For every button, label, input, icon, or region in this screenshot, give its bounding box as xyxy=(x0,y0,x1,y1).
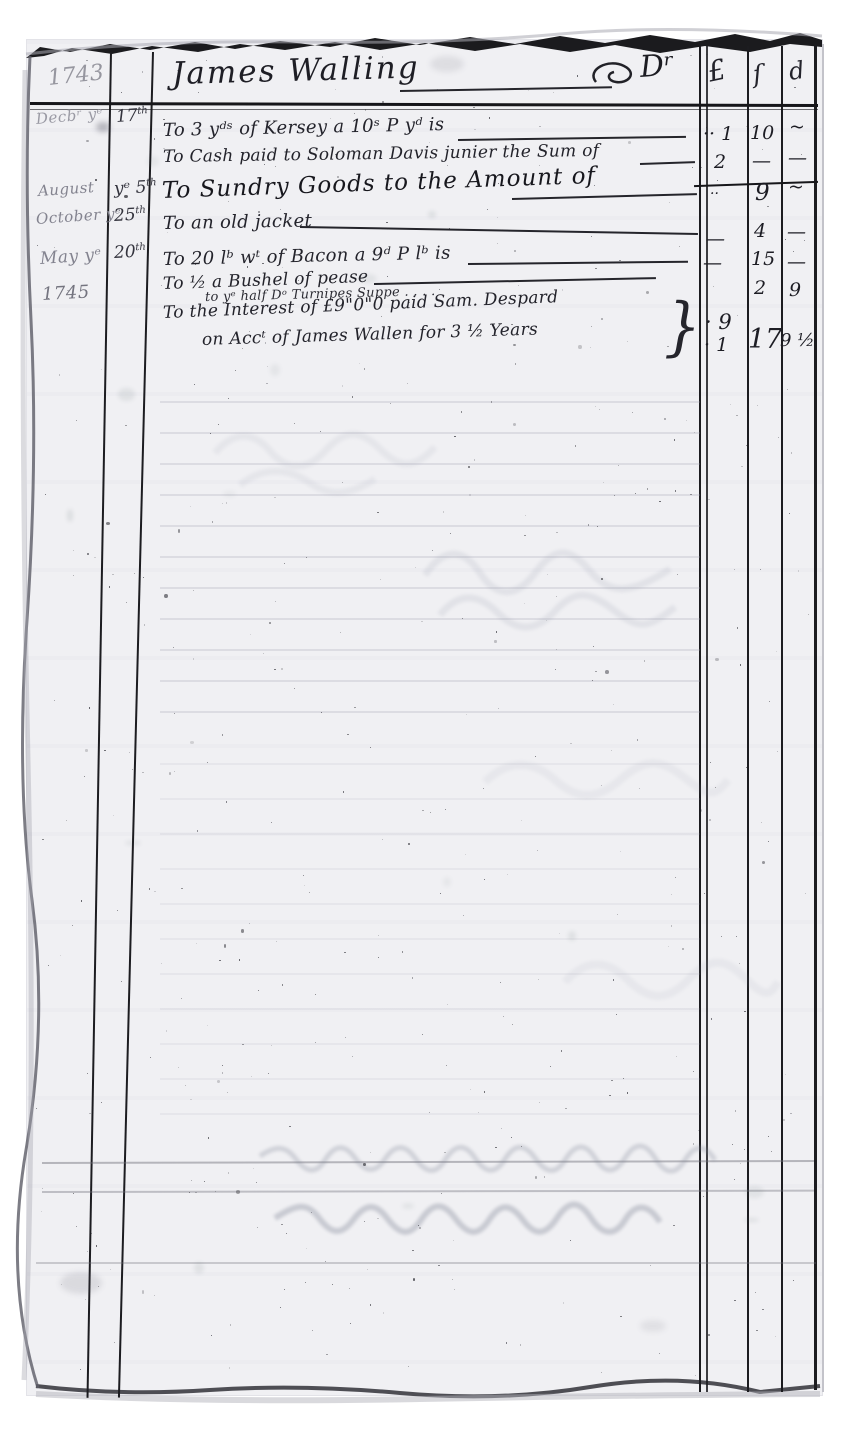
entry-shillings: 17 xyxy=(748,324,782,355)
column-rule-money-outer xyxy=(699,46,701,1392)
debit-label: Dʳ xyxy=(639,48,676,85)
entry-pence: — xyxy=(787,251,806,273)
entries-brace: } xyxy=(664,289,701,364)
entry-pounds: — xyxy=(706,228,725,250)
entry-pence: 9 ½ xyxy=(780,330,815,351)
entry-pounds: · 9 xyxy=(705,310,732,334)
entry-shillings: 2 xyxy=(754,277,766,299)
entry-pounds: · 1 xyxy=(704,334,728,356)
entry-date-day: 20th xyxy=(113,241,146,263)
entry-pounds: ·· 1 xyxy=(703,123,733,145)
entry-pence: ~ xyxy=(788,176,804,198)
entry-description: To an old jacket xyxy=(163,210,312,234)
entry-shillings: 15 xyxy=(751,248,775,270)
account-title: James Walling xyxy=(172,50,420,92)
entry-date-day: 17th xyxy=(115,105,148,127)
column-rule-shillings xyxy=(747,46,749,1392)
column-rule-right-edge xyxy=(814,44,817,1390)
entry-shillings: — xyxy=(752,150,771,172)
entry-pounds: — xyxy=(703,252,722,274)
entry-date-day: 25th xyxy=(113,204,146,226)
entry-shillings: 10 xyxy=(750,122,774,144)
entry-date-day: yᵉ 5th xyxy=(113,177,157,199)
entry-date-month: May yᵉ xyxy=(39,245,102,269)
entry-pence: ~ xyxy=(789,116,805,138)
entry-pence: — xyxy=(787,221,806,243)
column-rule-pence xyxy=(781,46,783,1392)
entry-shillings: 4 xyxy=(754,220,766,242)
entry-pounds: 2 xyxy=(714,151,726,173)
entry-pounds: ·· xyxy=(710,186,719,202)
entry-pence: — xyxy=(788,147,807,169)
entry-shillings: 9 xyxy=(755,180,770,206)
header-rule-thin xyxy=(30,109,818,110)
entry-date-year: 1745 xyxy=(41,282,90,305)
entry-pence: 9 xyxy=(789,279,801,301)
